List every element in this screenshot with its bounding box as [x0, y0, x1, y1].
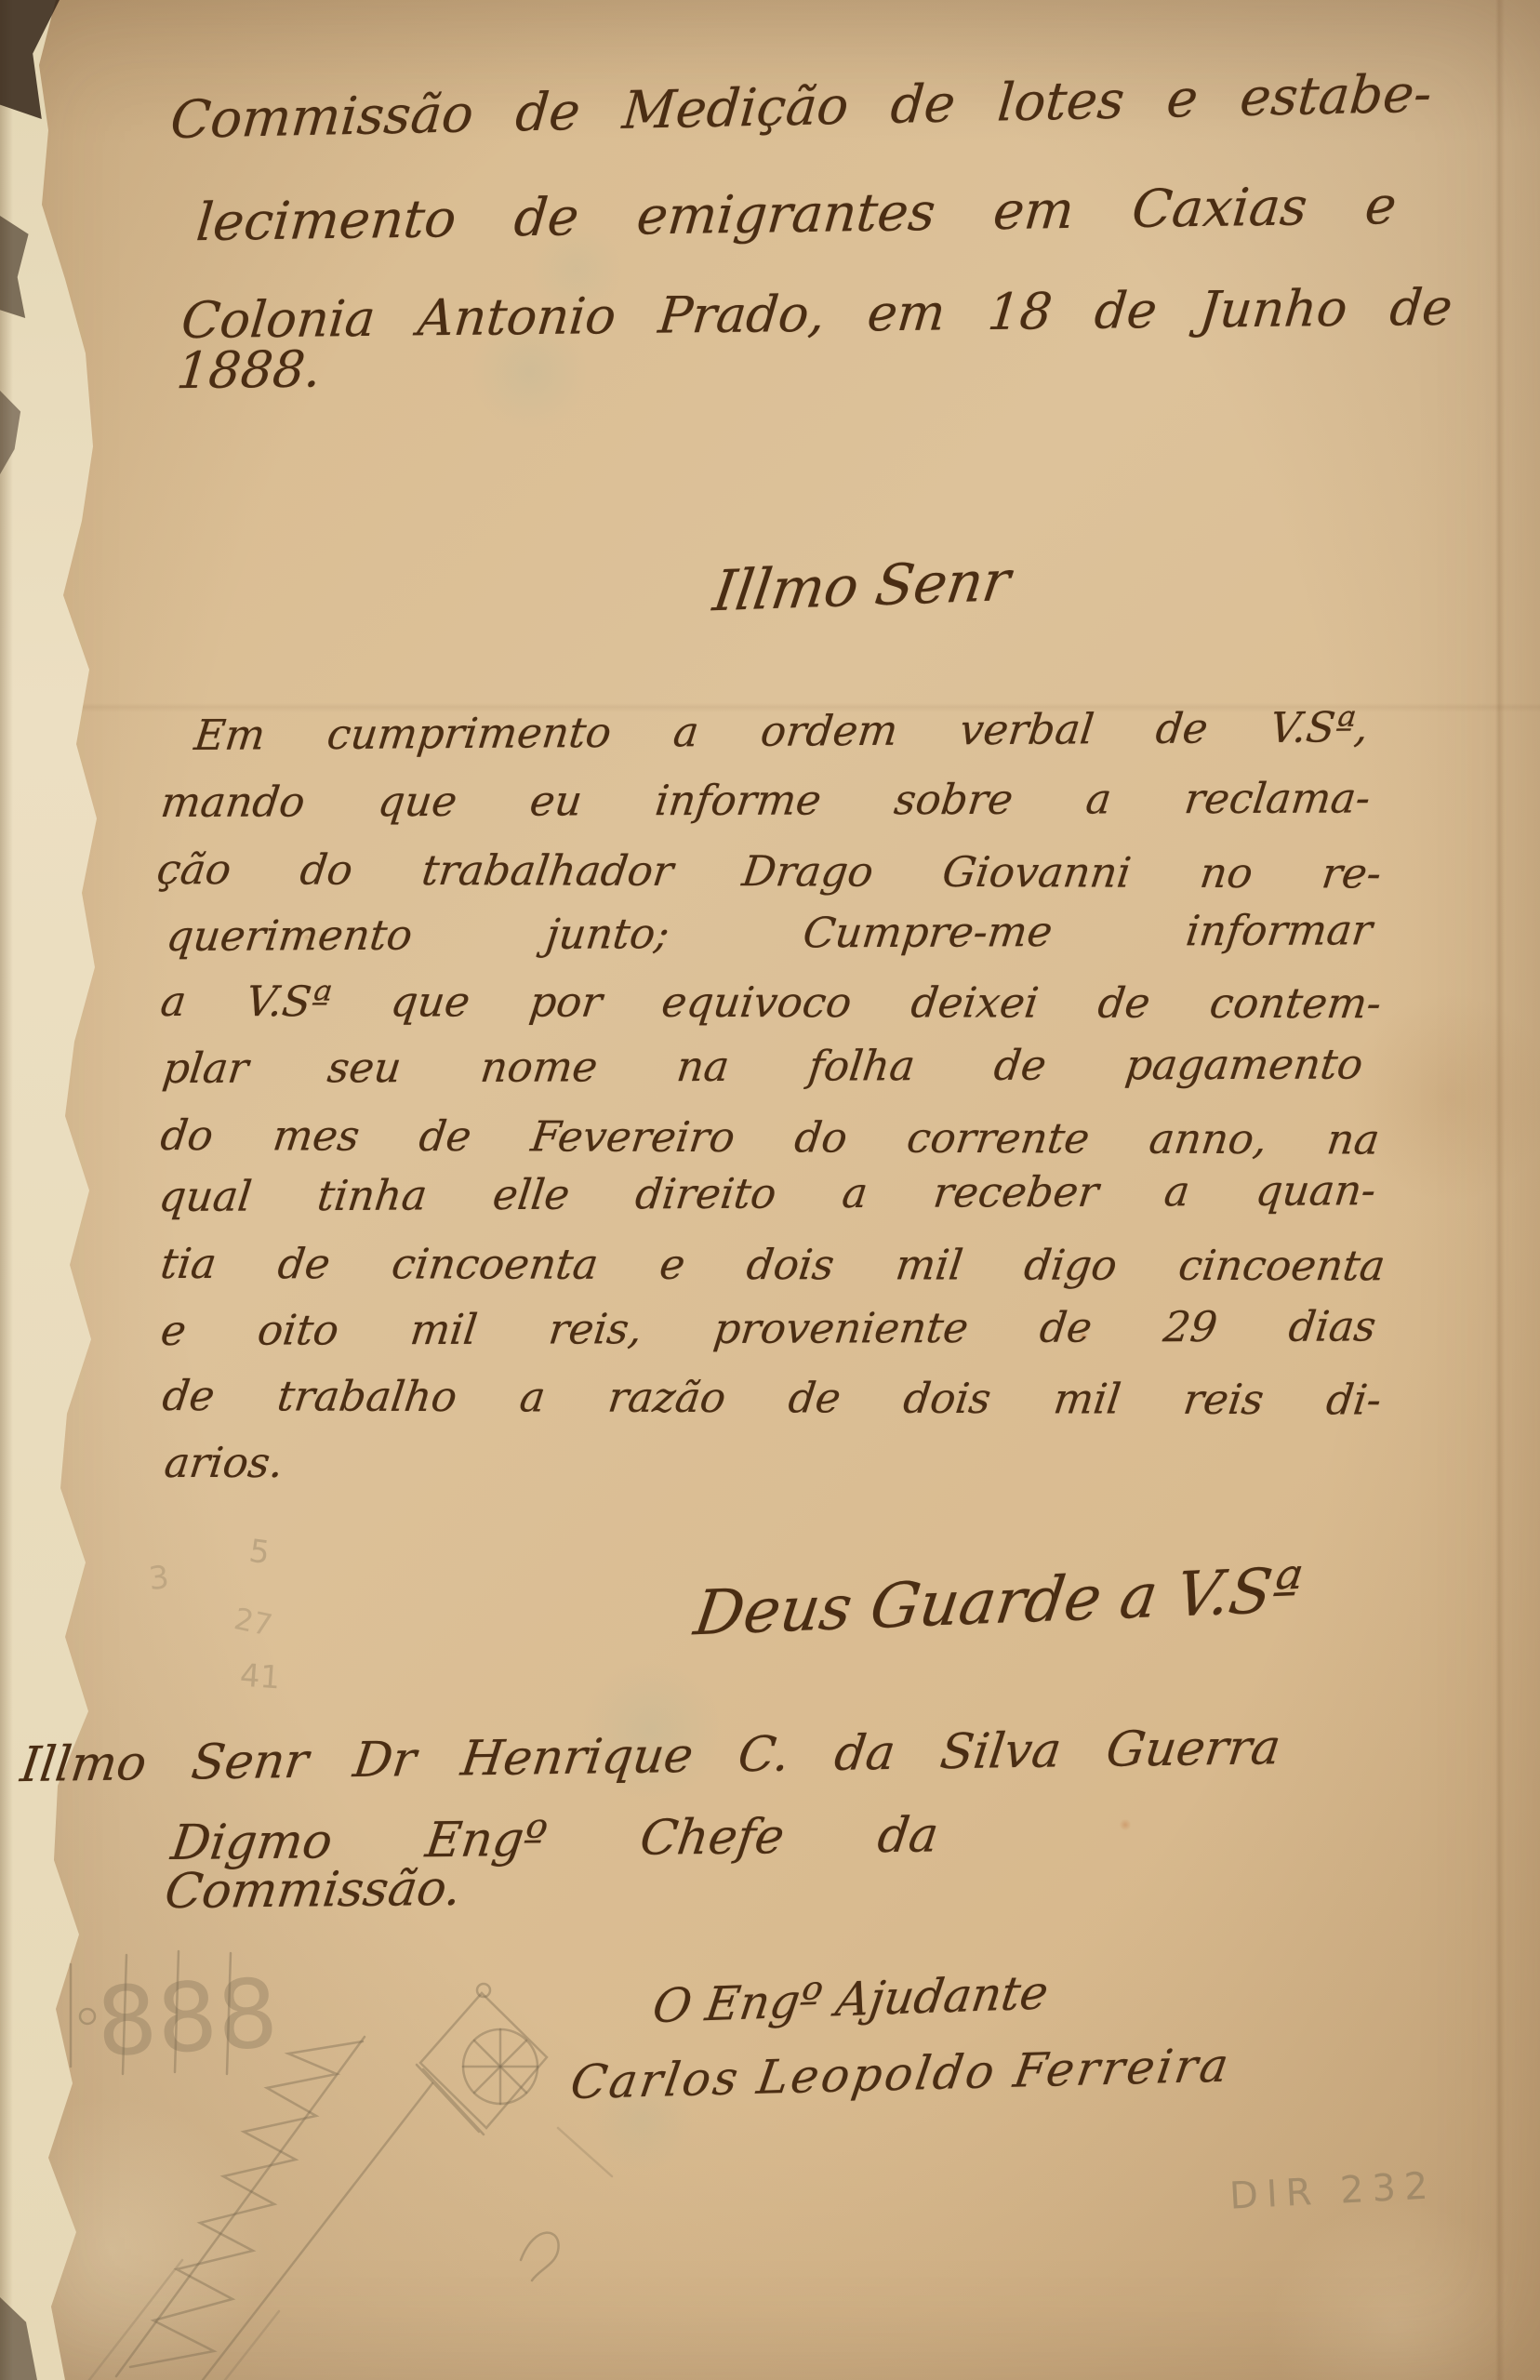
- body-line: qual tinha elle direito a receber a quan…: [157, 1169, 1378, 1217]
- pencil-doodle-digits: 888: [94, 1959, 281, 2079]
- salutation: Illmo Senr: [710, 553, 1014, 619]
- body-line: e oito mil reis, proveniente de 29 dias: [159, 1305, 1378, 1351]
- body-line: querimento junto; Cumpre-me informar: [165, 909, 1374, 957]
- signature-role: O Engº Ajudante: [650, 1969, 1051, 2029]
- pencil-number: 27: [232, 1603, 274, 1641]
- body-line: a V.Sª que por equivoco deixei de contem…: [158, 980, 1384, 1024]
- body-line: ção do trabalhador Drago Giovanni no re-: [154, 848, 1384, 895]
- body-line: arios.: [162, 1442, 285, 1483]
- pencil-sketches: 888: [0, 1897, 614, 2380]
- body-line: plar seu nome na folha de pagamento: [161, 1043, 1365, 1089]
- body-line: Em cumprimento a ordem verbal de V.Sª,: [192, 706, 1371, 756]
- body-line: tia de cincoenta e dois mil digo cincoen…: [158, 1243, 1387, 1286]
- archival-code: DIR 232: [1228, 2167, 1437, 2215]
- pencil-number: 3: [147, 1562, 170, 1595]
- pencil-number: 41: [239, 1660, 282, 1695]
- letter-page: Commissão de Medição de lotes e estabe- …: [0, 0, 1540, 2380]
- letterhead-line: Colonia Antonio Prado, em 18 de Junho de…: [175, 283, 1454, 396]
- body-line: mando que eu informe sobre a reclama-: [159, 777, 1373, 823]
- body-line: de trabalho a razão de dois mil reis di-: [160, 1375, 1384, 1421]
- body-line: do mes de Fevereiro do corrente anno, na: [158, 1114, 1382, 1161]
